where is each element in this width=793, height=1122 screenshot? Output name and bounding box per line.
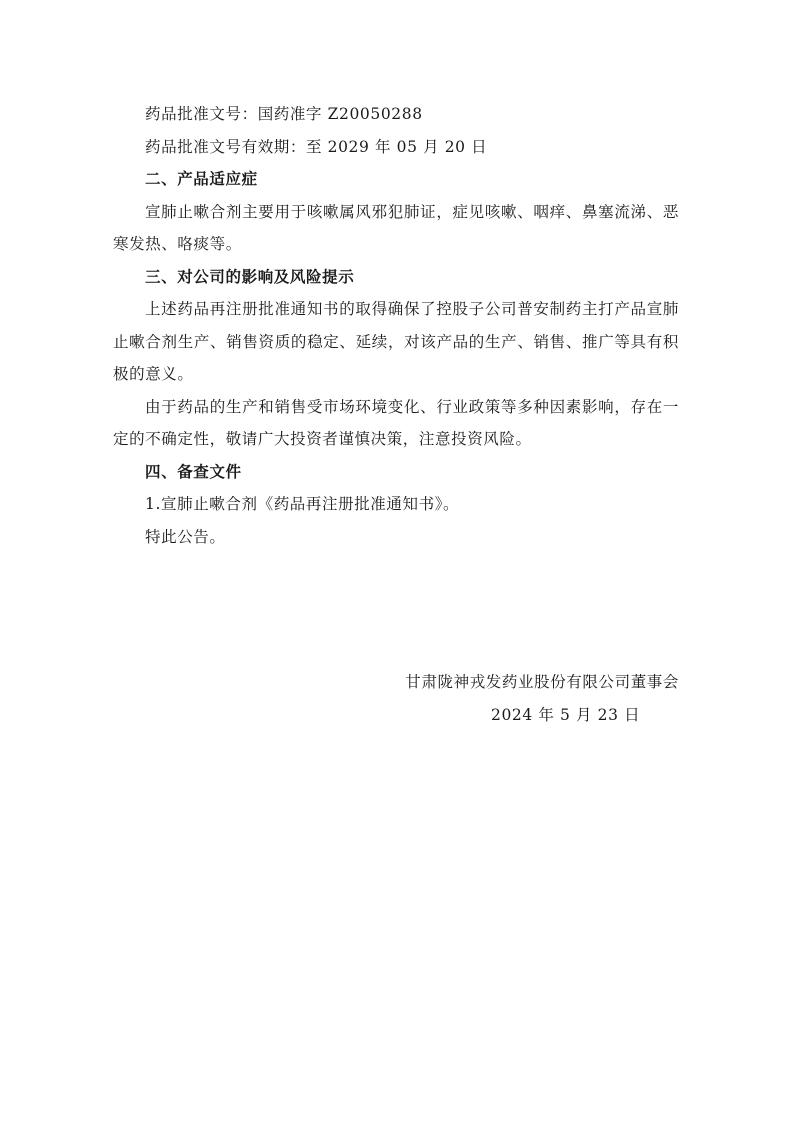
risk-paragraph: 由于药品的生产和销售受市场环境变化、行业政策等多种因素影响，存在一定的不确定性，… xyxy=(113,391,679,456)
indications-paragraph: 宣肺止嗽合剂主要用于咳嗽属风邪犯肺证，症见咳嗽、咽痒、鼻塞流涕、恶寒发热、咯痰等… xyxy=(113,196,679,261)
reference-doc-item: 1.宣肺止嗽合剂《药品再注册批准通知书》。 xyxy=(113,488,679,521)
signature-board: 甘肃陇神戎发药业股份有限公司董事会 xyxy=(113,666,679,699)
impact-paragraph: 上述药品再注册批准通知书的取得确保了控股子公司普安制药主打产品宣肺止嗽合剂生产、… xyxy=(113,293,679,391)
approval-validity: 药品批准文号有效期：至 2029 年 05 月 20 日 xyxy=(113,131,679,164)
signature-date: 2024 年 5 月 23 日 xyxy=(113,699,679,732)
section-heading-reference-docs: 四、备查文件 xyxy=(113,456,679,489)
spacer xyxy=(113,553,679,666)
approval-number: 药品批准文号：国药准字 Z20050288 xyxy=(113,98,679,131)
closing-statement: 特此公告。 xyxy=(113,521,679,554)
section-heading-indications: 二、产品适应症 xyxy=(113,163,679,196)
document-page: 药品批准文号：国药准字 Z20050288 药品批准文号有效期：至 2029 年… xyxy=(113,98,679,731)
section-heading-impact-risk: 三、对公司的影响及风险提示 xyxy=(113,261,679,294)
